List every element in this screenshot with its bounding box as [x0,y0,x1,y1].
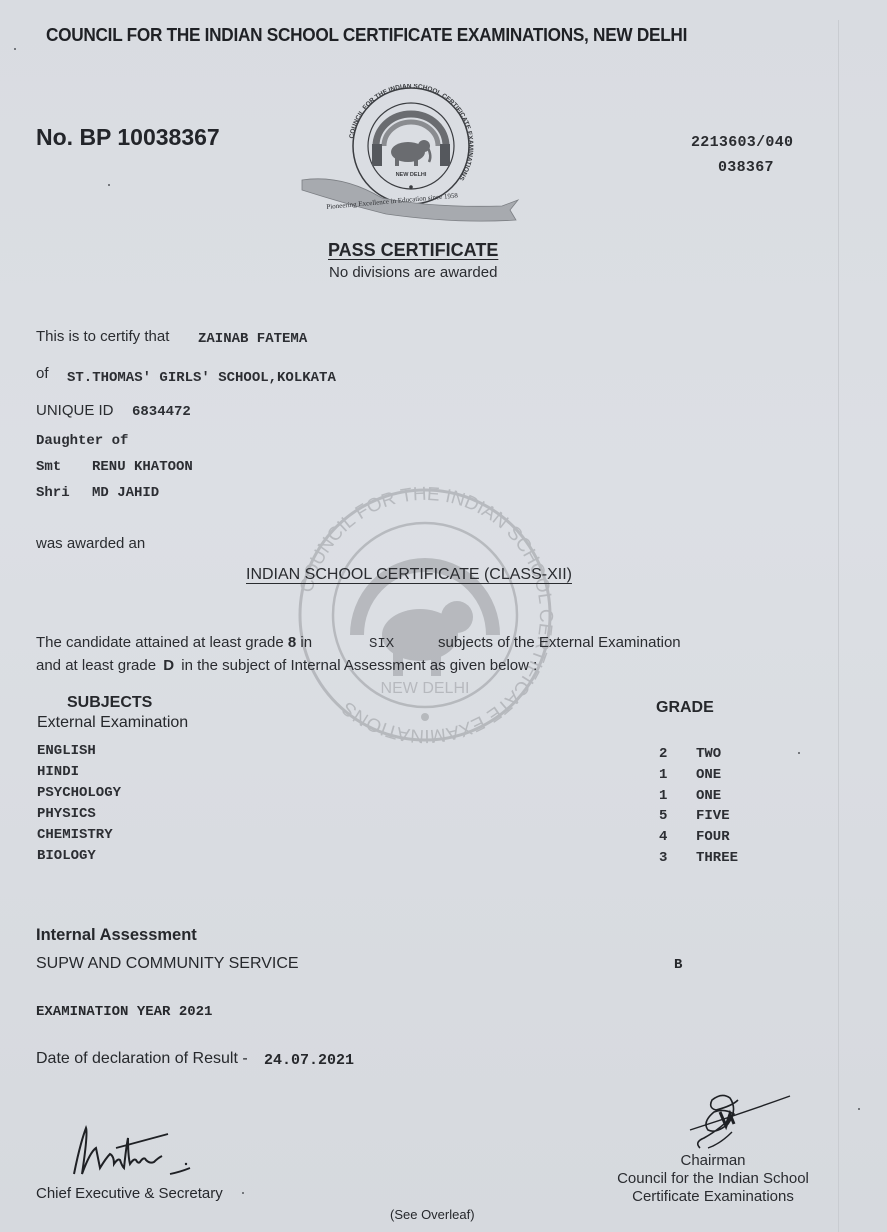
subject-name: ENGLISH [37,743,96,759]
subject-name: PSYCHOLOGY [37,785,121,801]
subjects-header: SUBJECTS [67,694,152,712]
pass-certificate-title: PASS CERTIFICATE [328,240,498,261]
see-overleaf-note: (See Overleaf) [390,1207,475,1222]
paper-speck [858,1108,860,1110]
grade-word: ONE [696,767,721,783]
relation-label: Daughter of [36,433,128,449]
declaration-date: 24.07.2021 [264,1052,354,1069]
grade-number: 1 [659,767,667,783]
min-internal-grade: D [163,657,174,674]
grade-line-2-prefix: and at least grade [36,657,156,674]
paper-speck [242,1192,244,1194]
reference-serial: 038367 [718,159,774,176]
svg-text:NEW DELHI: NEW DELHI [396,172,427,178]
grade-number: 5 [659,808,667,824]
grade-line-1-prefix: The candidate attained at least grade [36,634,284,651]
subject-count: SIX [369,636,394,652]
subject-name: HINDI [37,764,79,780]
grade-number: 1 [659,788,667,804]
no-divisions-note: No divisions are awarded [329,264,497,281]
paper-fold-line [838,20,839,1232]
unique-id-label: UNIQUE ID [36,402,114,419]
grade-header: GRADE [656,699,714,717]
grade-line-2-suffix: in the subject of Internal Assessment as… [181,657,537,674]
reference-code: 2213603/040 [691,134,793,151]
of-label: of [36,365,49,382]
ceo-signature-icon [60,1118,210,1188]
father-name: MD JAHID [92,485,159,501]
watermark-seal-icon: NEW DELHI COUNCIL FOR THE INDIAN SCHOOL … [285,485,565,745]
grade-word: FOUR [696,829,730,845]
min-external-grade: 8 [288,634,296,651]
father-prefix: Shri [36,485,70,501]
certificate-page: COUNCIL FOR THE INDIAN SCHOOL CERTIFICAT… [0,0,887,1232]
subject-name: BIOLOGY [37,848,96,864]
paper-speck [14,48,16,50]
grade-word: THREE [696,850,738,866]
certificate-number: No. BP 10038367 [36,124,220,151]
unique-id-value: 6834472 [132,404,191,420]
paper-speck [108,184,110,186]
examination-year: EXAMINATION YEAR 2021 [36,1004,212,1020]
svg-text:COUNCIL FOR THE INDIAN SCHOOL: COUNCIL FOR THE INDIAN SCHOOL CERTIFICAT… [348,84,474,182]
chairman-signature-icon [660,1078,800,1158]
council-header: COUNCIL FOR THE INDIAN SCHOOL CERTIFICAT… [46,24,687,46]
certificate-name: INDIAN SCHOOL CERTIFICATE (CLASS-XII) [246,566,572,584]
grade-word: ONE [696,788,721,804]
svg-text:NEW DELHI: NEW DELHI [381,680,470,697]
chairman-org-line-1: Council for the Indian School [600,1170,826,1188]
mother-name: RENU KHATOON [92,459,193,475]
internal-subject-name: SUPW AND COMMUNITY SERVICE [36,955,299,973]
school-name: ST.THOMAS' GIRLS' SCHOOL,KOLKATA [67,370,336,386]
council-logo-icon: NEW DELHI COUNCIL FOR THE INDIAN SCHOOL … [296,84,526,232]
chairman-org-line-2: Certificate Examinations [600,1188,826,1206]
grade-number: 3 [659,850,667,866]
grade-line-1-suffix: subjects of the External Examination [438,634,681,651]
external-exam-label: External Examination [37,714,188,732]
paper-speck [798,752,800,754]
internal-grade: B [674,957,682,973]
grade-number: 2 [659,746,667,762]
in-label: in [300,634,312,651]
internal-assessment-header: Internal Assessment [36,926,197,945]
certify-label: This is to certify that [36,328,169,345]
grade-line-1: The candidate attained at least grade 8 … [36,634,312,651]
grade-word: TWO [696,746,721,762]
ceo-title: Chief Executive & Secretary [36,1185,223,1202]
candidate-name: ZAINAB FATEMA [198,331,307,347]
subject-name: PHYSICS [37,806,96,822]
grade-word: FIVE [696,808,730,824]
awarded-label: was awarded an [36,535,145,552]
mother-prefix: Smt [36,459,61,475]
chairman-title: Chairman [600,1152,826,1170]
grade-number: 4 [659,829,667,845]
grade-line-2: and at least grade D in the subject of I… [36,657,537,674]
declaration-label: Date of declaration of Result - [36,1050,248,1068]
chairman-title-block: Chairman Council for the Indian School C… [600,1152,826,1206]
subject-name: CHEMISTRY [37,827,113,843]
